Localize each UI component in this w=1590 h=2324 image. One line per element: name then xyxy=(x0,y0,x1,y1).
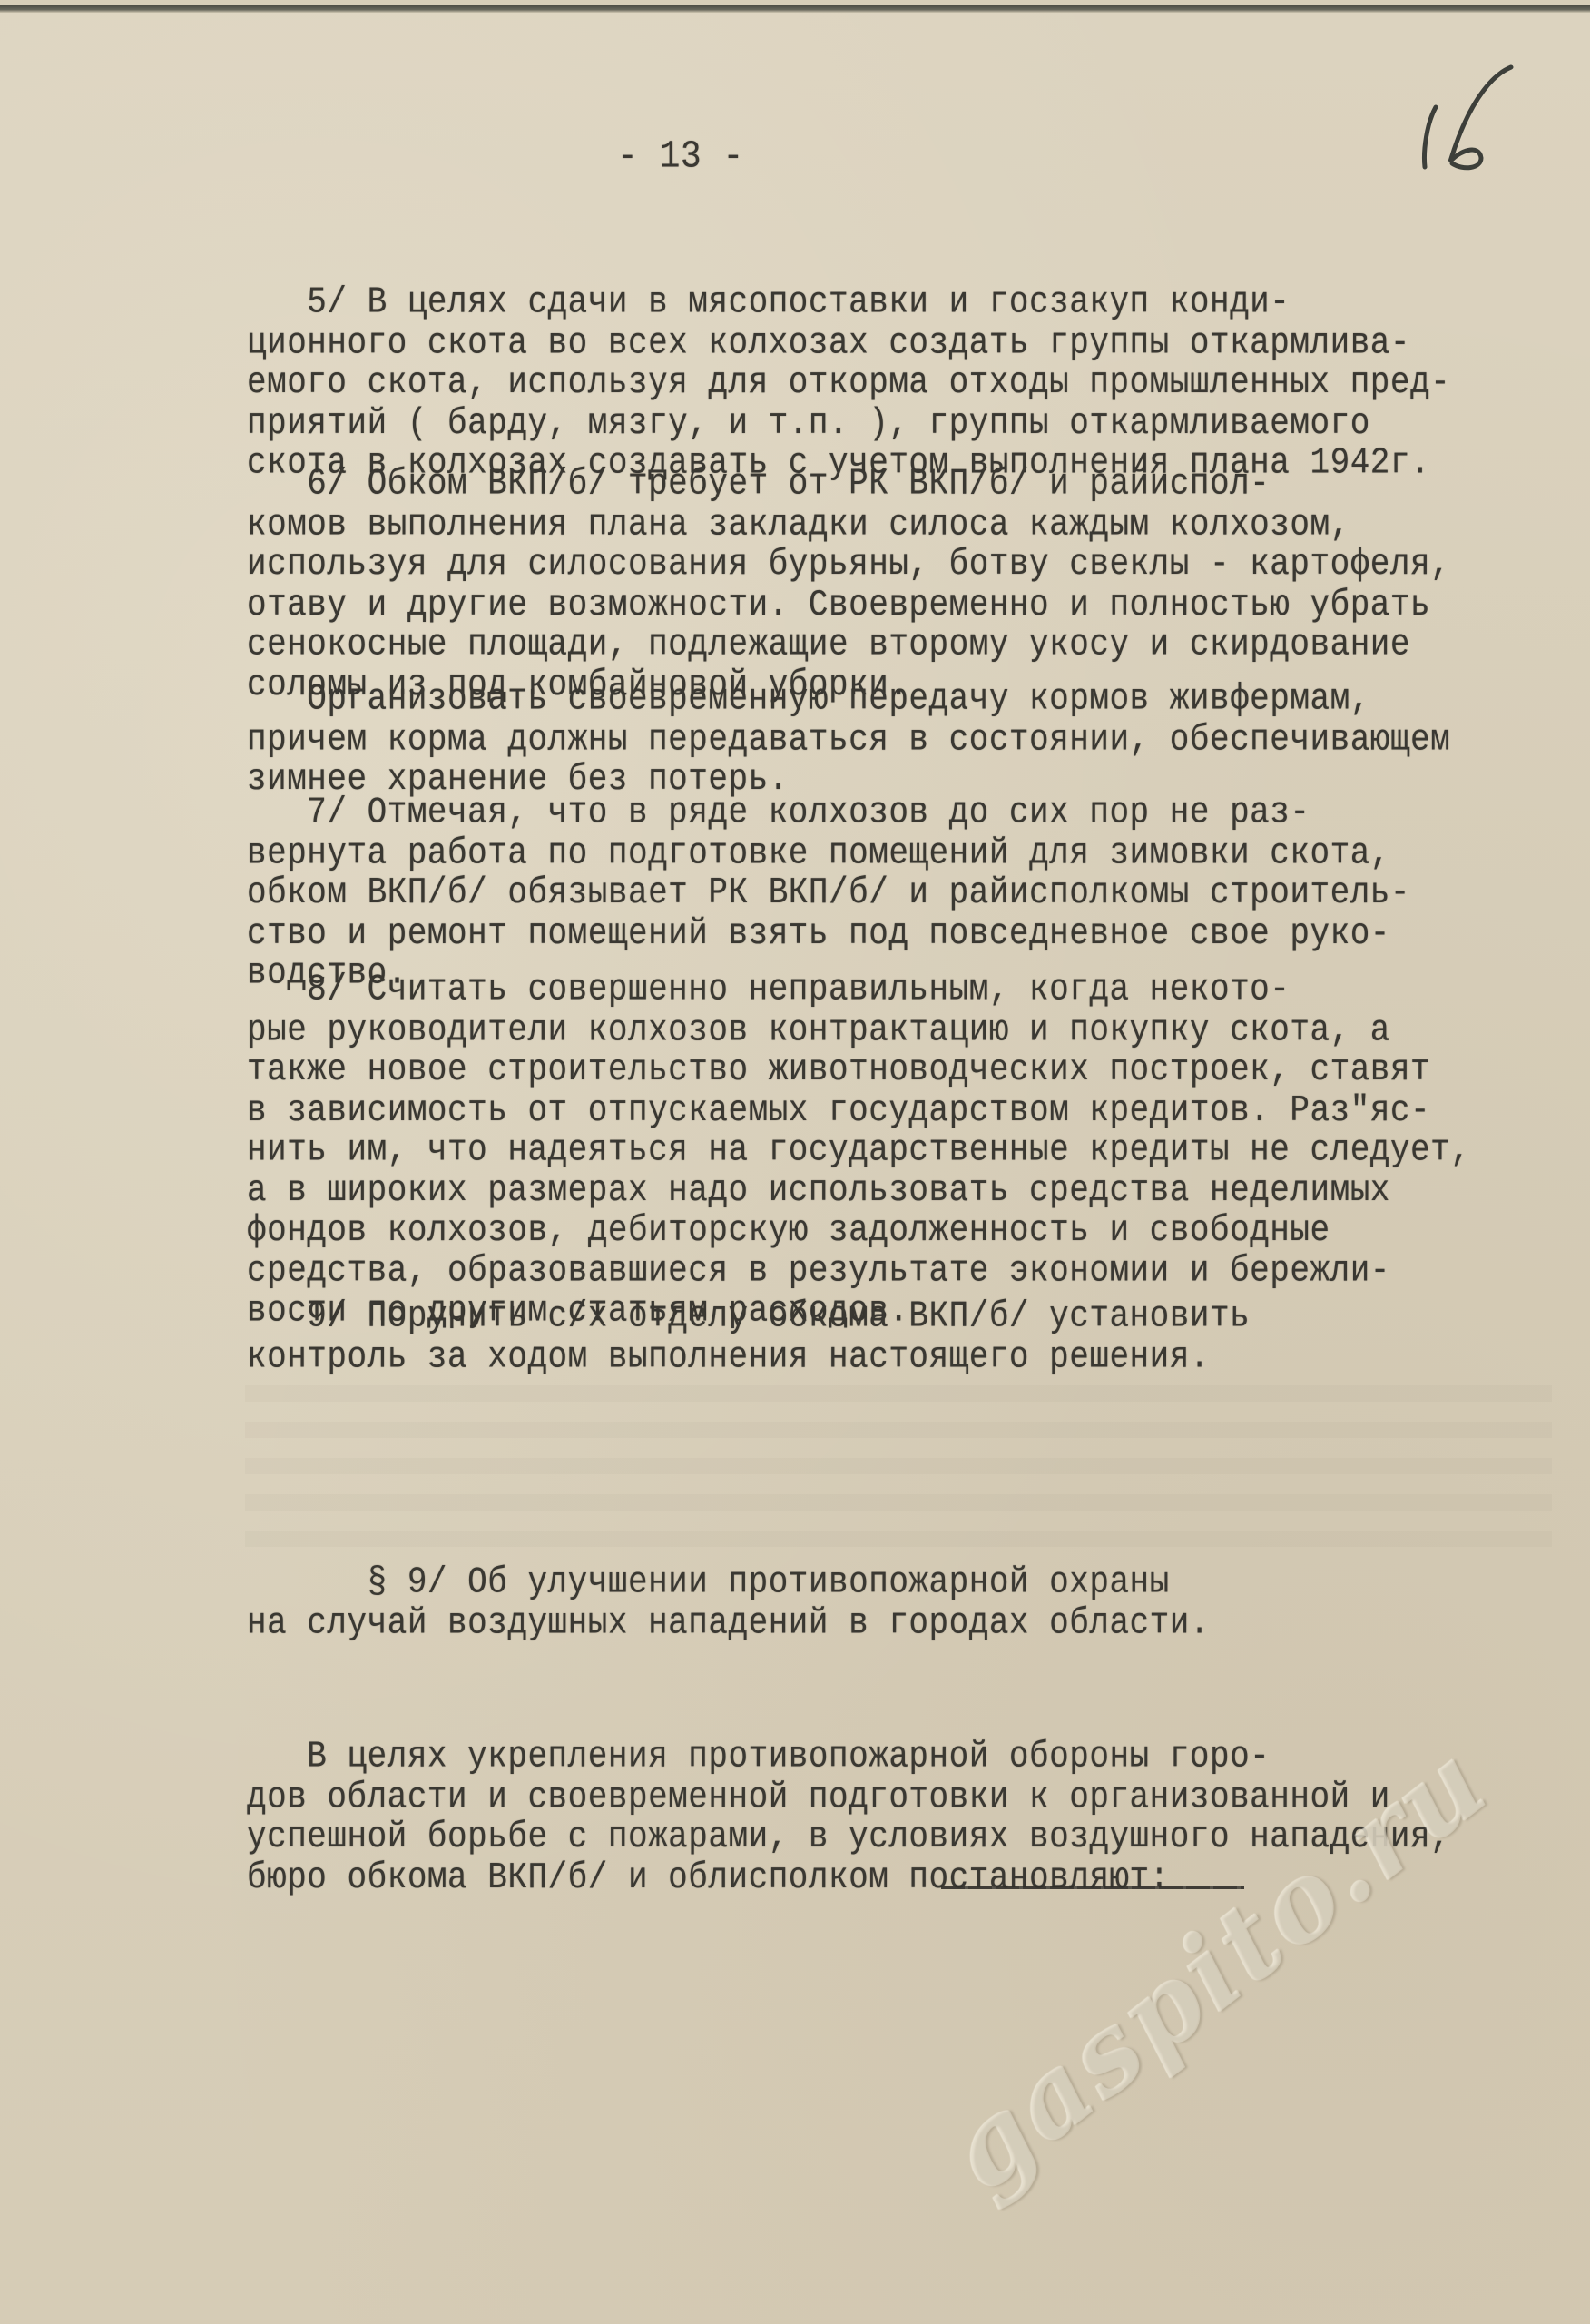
typed-underline-divider xyxy=(941,1886,1244,1889)
paragraph-6-continuation: Организовать своевременную передачу корм… xyxy=(247,679,1450,800)
paragraph-8: 8/ Считать совершенно неправильным, когд… xyxy=(247,970,1470,1331)
page-number: - 13 - xyxy=(617,137,744,177)
paragraph-6: 6/ Обком ВКП/б/ требует от РК ВКП/б/ и р… xyxy=(247,464,1450,704)
document-page: - 13 - 5/ В целях сдачи в мясопоставки и… xyxy=(0,5,1590,2324)
bleed-through-text xyxy=(245,1494,1552,1549)
handwritten-folio-number-icon xyxy=(1416,60,1516,178)
paragraph-7: 7/ Отмечая, что в ряде колхозов до сих п… xyxy=(247,793,1410,993)
bleed-through-text xyxy=(245,1385,1552,1494)
paragraph-9: 9/ Поручить с/х отделу обкома ВКП/б/ уст… xyxy=(247,1296,1250,1376)
paragraph-5: 5/ В целях сдачи в мясопоставки и госзак… xyxy=(247,282,1450,483)
scan-top-edge xyxy=(0,5,1590,13)
section-heading: § 9/ Об улучшении противопожарной охраны… xyxy=(247,1562,1210,1642)
